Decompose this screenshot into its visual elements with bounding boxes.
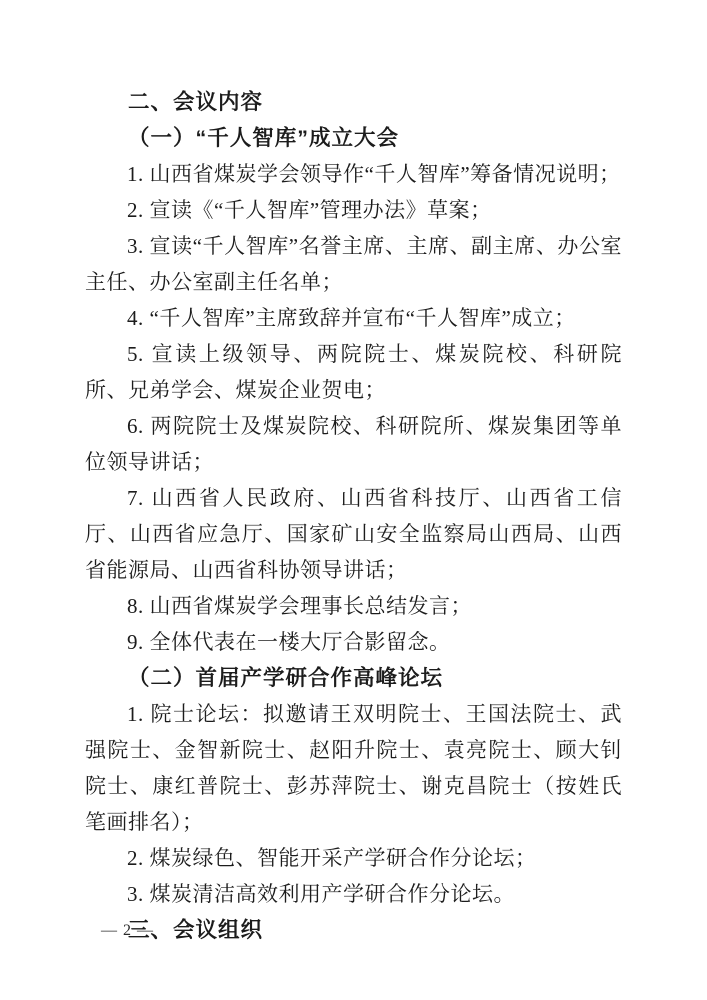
list-item: 9. 全体代表在一楼大厅合影留念。 [85,624,622,660]
section-heading-meeting-organization: 三、会议组织 [85,912,622,948]
list-item: 4. “千人智库”主席致辞并宣布“千人智库”成立； [85,300,622,336]
list-item: 1. 院士论坛：拟邀请王双明院士、王国法院士、武强院士、金智新院士、赵阳升院士、… [85,696,622,840]
page-number: — 2 — [101,922,154,940]
list-item: 7. 山西省人民政府、山西省科技厅、山西省工信厅、山西省应急厅、国家矿山安全监察… [85,480,622,588]
subsection-heading-founding-assembly: （一）“千人智库”成立大会 [85,120,622,156]
list-item: 2. 宣读《“千人智库”管理办法》草案； [85,192,622,228]
document-page: 二、会议内容 （一）“千人智库”成立大会 1. 山西省煤炭学会领导作“千人智库”… [0,0,707,1000]
document-body: 二、会议内容 （一）“千人智库”成立大会 1. 山西省煤炭学会领导作“千人智库”… [85,84,622,948]
list-item: 5. 宣读上级领导、两院院士、煤炭院校、科研院所、兄弟学会、煤炭企业贺电； [85,336,622,408]
list-item: 3. 煤炭清洁高效利用产学研合作分论坛。 [85,876,622,912]
list-item: 6. 两院院士及煤炭院校、科研院所、煤炭集团等单位领导讲话； [85,408,622,480]
list-item: 8. 山西省煤炭学会理事长总结发言； [85,588,622,624]
subsection-heading-forum: （二）首届产学研合作高峰论坛 [85,660,622,696]
list-item: 3. 宣读“千人智库”名誉主席、主席、副主席、办公室主任、办公室副主任名单； [85,228,622,300]
list-item: 1. 山西省煤炭学会领导作“千人智库”筹备情况说明； [85,156,622,192]
list-item: 2. 煤炭绿色、智能开采产学研合作分论坛； [85,840,622,876]
section-heading-meeting-content: 二、会议内容 [85,84,622,120]
